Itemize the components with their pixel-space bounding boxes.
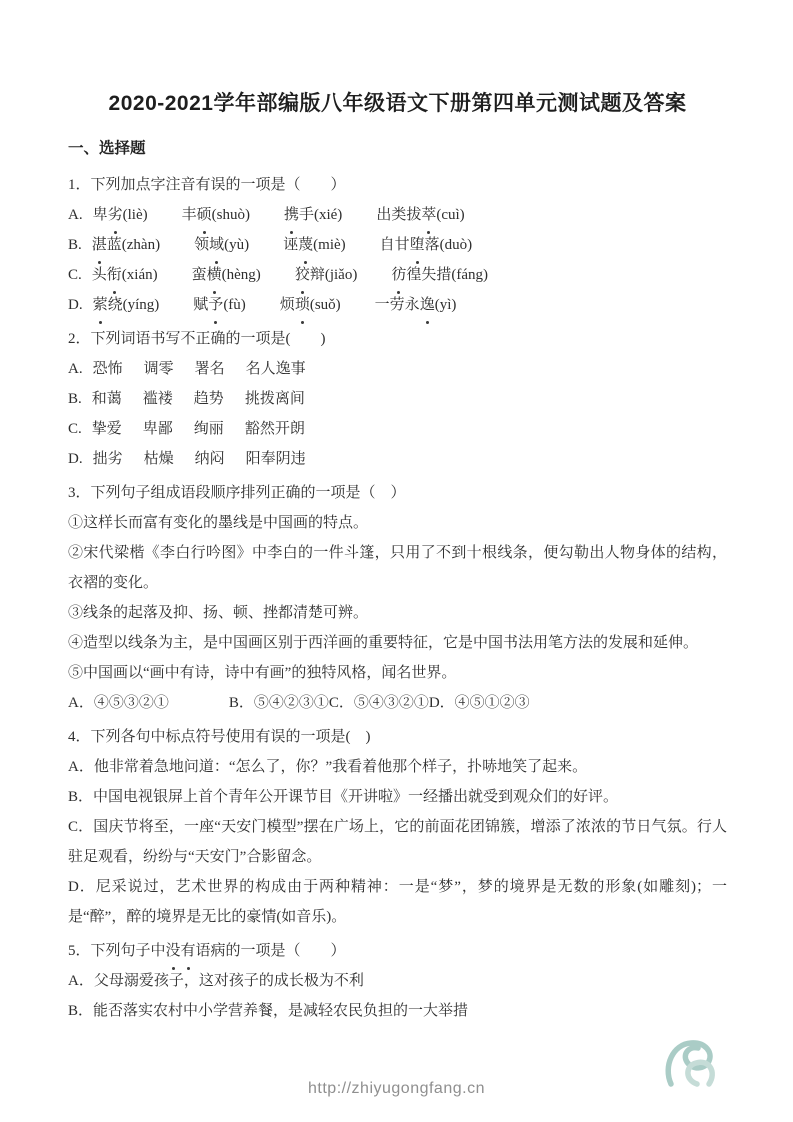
dotted-character: 域 [209,230,224,260]
dotted-character: 蔑 [298,230,313,260]
questions-container: 1．下列加点字注音有误的一项是（ ）A.卑劣(liè)丰硕(shuò)携手(xi… [68,170,727,1026]
question-3-sentence-4: ④造型以线条为主，是中国画区别于西洋画的重要特征，它是中国书法用笔方法的发展和延… [68,628,727,658]
section-heading: 一、选择题 [68,138,727,160]
dotted-character: 琐 [295,290,310,320]
option-word: 出类拔萃(cuì) [376,200,464,230]
option-word: 狡辩(jiǎo) [295,260,358,290]
question-4-option-c: C．国庆节将至，一座“天安门模型”摆在广场上，它的前面花团锦簇，增添了浓浓的节日… [68,812,727,872]
question-4-option-d: D．尼采说过，艺术世界的构成由于两种精神：一是“梦”，梦的境界是无数的形象(如雕… [68,872,727,932]
option-word: 携手(xié) [284,200,342,230]
question-4-option-b: B．中国电视银屏上首个青年公开课节目《开讲啦》一经播出就受到观众们的好评。 [68,782,727,812]
question-1-option-d: D.萦绕(yíng)赋予(fù)烦琐(suǒ)一劳永逸(yì) [68,290,727,320]
option-word: 名人逸事 [246,354,306,384]
document-content: 2020-2021学年部编版八年级语文下册第四单元测试题及答案 一、选择题 1．… [0,0,793,1026]
question-1-option-a: A.卑劣(liè)丰硕(shuò)携手(xié)出类拔萃(cuì) [68,200,727,230]
option-label: A. [68,354,83,384]
option-word: 调零 [144,354,174,384]
option-word: 绚丽 [194,414,224,444]
dotted-character: 予 [208,290,223,320]
option-label: B. [68,230,82,260]
question-4-stem: 4．下列各句中标点符号使用有误的一项是( ) [68,722,727,752]
option-word: 卑鄙 [143,414,173,444]
option-word: 阳奉阴违 [246,444,306,474]
option-word: 诬蔑(miè) [283,230,346,260]
knot-ribbon-logo-icon [657,1032,723,1098]
dotted-character: 劣 [108,200,123,230]
option-word: 头衔(xián) [92,260,158,290]
option-word: 挚爱 [92,414,122,444]
option-word: 蛮横(hèng) [192,260,261,290]
option-word: 丰硕(shuò) [182,200,250,230]
question-2-option-a: A.恐怖调零署名名人逸事 [68,354,727,384]
question-2-option-c: C.挚爱卑鄙绚丽豁然开朗 [68,414,727,444]
question-5-option-a: A．父母溺爱孩子，这对孩子的成长极为不利 [68,966,727,996]
option-word: 豁然开朗 [245,414,305,444]
option-word: 赋予(fù) [193,290,246,320]
option-word: 卑劣(liè) [93,200,148,230]
dotted-character: 逸 [420,290,435,320]
dotted-character: 堕 [410,230,425,260]
dotted-character: 硕 [197,200,212,230]
option-word: 自甘堕落(duò) [380,230,473,260]
option-word: 褴褛 [143,384,173,414]
question-4-option-a: A．他非常着急地问道：“怎么了，你？”我看着他那个样子，扑哧地笑了起来。 [68,752,727,782]
page-title: 2020-2021学年部编版八年级语文下册第四单元测试题及答案 [68,90,727,118]
option-word: 纳闷 [195,444,225,474]
option-word: 趋势 [194,384,224,414]
question-1-option-c: C.头衔(xián)蛮横(hèng)狡辩(jiǎo)彷徨失措(fáng) [68,260,727,290]
dotted-character: 狡 [295,260,310,290]
option-label: A. [68,200,83,230]
option-label: D. [68,444,83,474]
option-word: 署名 [195,354,225,384]
option-label: C. [68,414,82,444]
dotted-character: 萃 [421,200,436,230]
question-3-sentence-3: ③线条的起落及抑、扬、顿、挫都清楚可辨。 [68,598,727,628]
dotted-character: 萦 [93,290,108,320]
option-word: 拙劣 [93,444,123,474]
question-2-option-d: D.拙劣枯燥纳闷阳奉阴违 [68,444,727,474]
question-3-sentence-1: ①这样长而富有变化的墨线是中国画的特点。 [68,508,727,538]
question-5-stem: 5．下列句子中没有语病的一项是（ ） [68,936,727,966]
option-word: 领域(yù) [194,230,249,260]
dotted-character: 湛 [92,230,107,260]
option-word: 枯燥 [144,444,174,474]
question-3-sentence-5: ⑤中国画以“画中有诗，诗中有画”的独特风格，闻名世界。 [68,658,727,688]
question-1-option-b: B.湛蓝(zhàn)领域(yù)诬蔑(miè)自甘堕落(duò) [68,230,727,260]
option-word: 彷徨失措(fáng) [391,260,488,290]
dotted-character: 横 [207,260,222,290]
option-word: 恐怖 [93,354,123,384]
question-3-answer-choices: A．④⑤③②① B．⑤④②③①C．⑤④③②①D．④⑤①②③ [68,688,727,718]
option-label: D. [68,290,83,320]
option-label: B. [68,384,82,414]
option-label: C. [68,260,82,290]
option-word: 湛蓝(zhàn) [92,230,160,260]
dotted-character: 没 [166,936,181,966]
dotted-character: 有 [181,936,196,966]
document-page: 2020-2021学年部编版八年级语文下册第四单元测试题及答案 一、选择题 1．… [0,0,793,1122]
option-word: 一劳永逸(yì) [375,290,457,320]
question-2-stem: 2．下列词语书写不正确的一项是( ) [68,324,727,354]
option-word: 和蔼 [92,384,122,414]
option-word: 萦绕(yíng) [93,290,160,320]
question-3-stem: 3．下列句子组成语段顺序排列正确的一项是（ ） [68,478,727,508]
dotted-character: 衔 [107,260,122,290]
question-2-option-b: B.和蔼褴褛趋势挑拨离间 [68,384,727,414]
option-word: 烦琐(suǒ) [280,290,341,320]
dotted-character: 彷 [391,260,406,290]
option-word: 挑拨离间 [245,384,305,414]
question-3-sentence-2: ②宋代梁楷《李白行吟图》中李白的一件斗篷，只用了不到十根线条，便勾勒出人物身体的… [68,538,727,598]
question-5-option-b: B．能否落实农村中小学营养餐，是减轻农民负担的一大举措 [68,996,727,1026]
question-1-stem: 1．下列加点字注音有误的一项是（ ） [68,170,727,200]
dotted-character: 携 [284,200,299,230]
